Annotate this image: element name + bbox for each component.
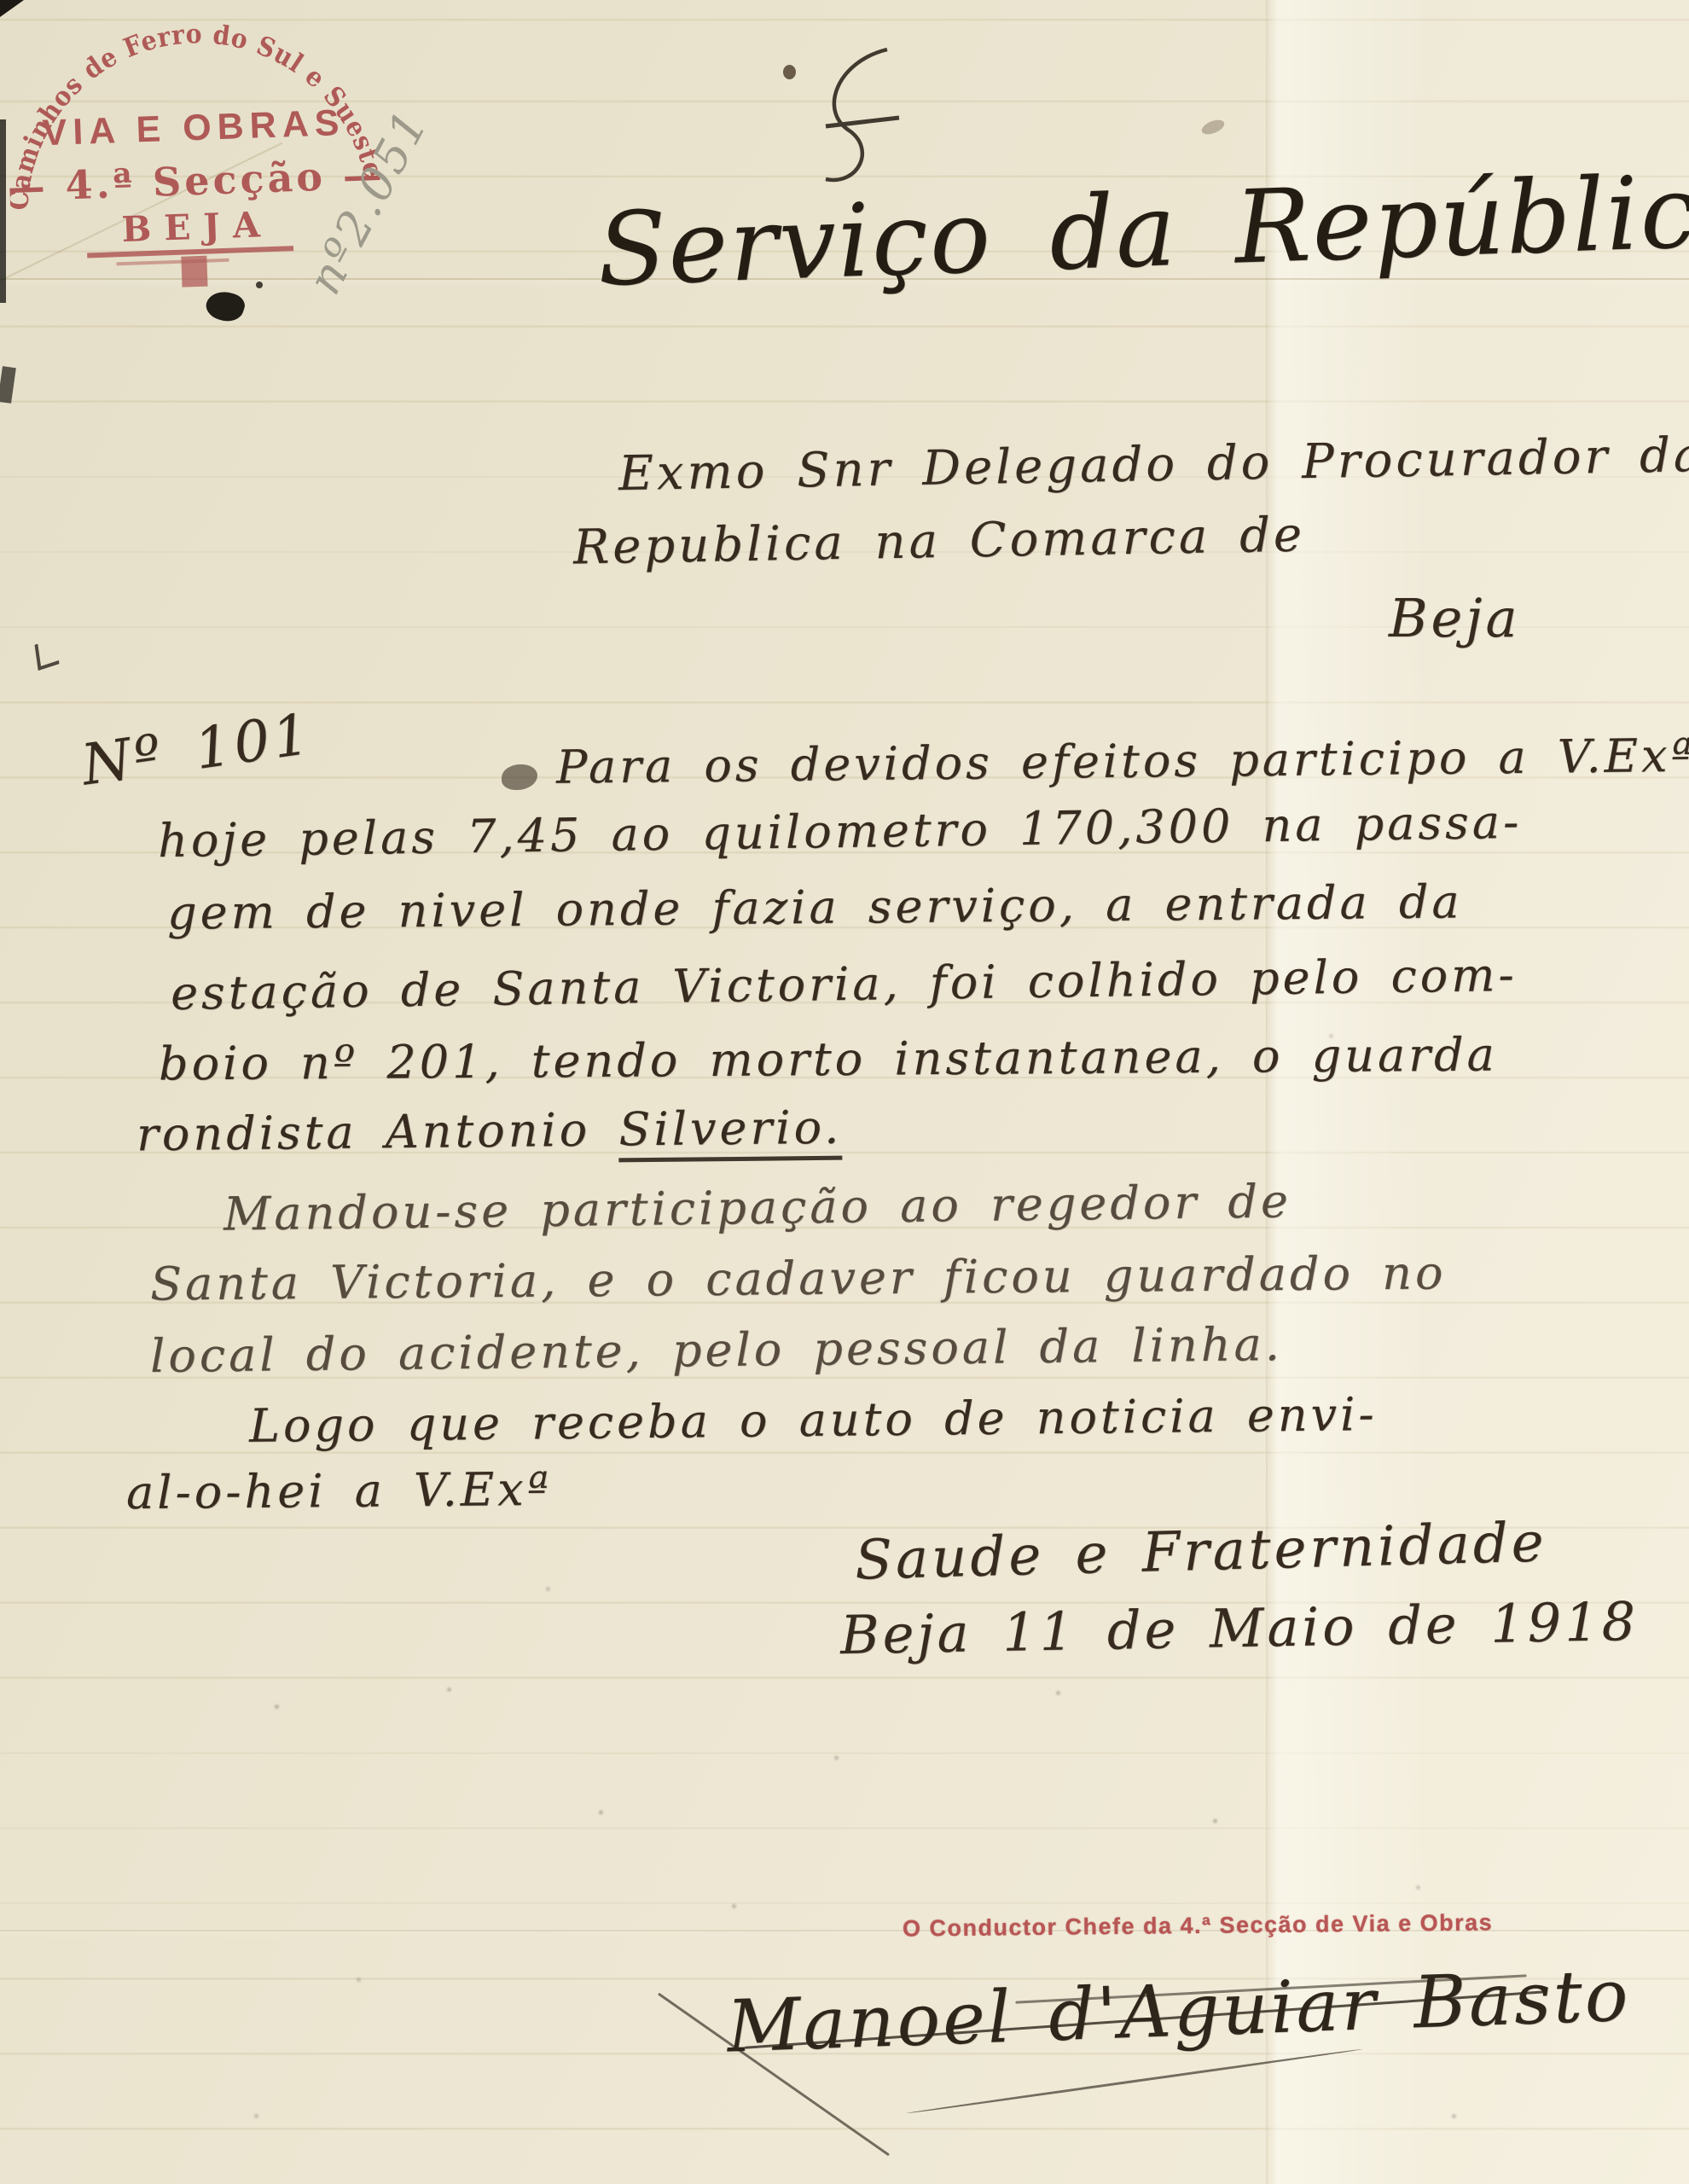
body-line: Santa Victoria, e o cadaver ficou guarda… <box>150 1246 1447 1310</box>
stamp-seccao: — 4.ª Secção — <box>5 151 386 211</box>
stamp-beja: BEJA <box>121 204 274 250</box>
title-flourish <box>804 43 914 226</box>
body-line-text: rondista Antonio <box>136 1103 591 1162</box>
recipient-line-3: Beja <box>1389 587 1520 649</box>
body-line: al-o-hei a V.Exª <box>126 1462 553 1519</box>
stamp-underline-2 <box>116 258 229 266</box>
vertical-fold-crease <box>1266 0 1428 2184</box>
paper-flecks <box>0 0 4 4</box>
ink-speck <box>783 65 796 79</box>
stamp-underline-stem <box>181 256 207 288</box>
body-line: boio nº 201, tendo morto instantanea, o … <box>159 1028 1498 1091</box>
letter-page: Caminhos de Ferro do Sul e Sueste VIA E … <box>0 0 1689 2184</box>
body-line: rondista Antonio Silverio. <box>136 1101 843 1162</box>
body-line: gem de nivel onde fazia serviço, a entra… <box>167 874 1463 939</box>
ink-speck <box>256 282 263 288</box>
stamp-via-obras: VIA E OBRAS <box>42 102 345 154</box>
scan-edge-mark <box>0 119 6 303</box>
victim-name-underlined: Silverio. <box>618 1101 843 1163</box>
